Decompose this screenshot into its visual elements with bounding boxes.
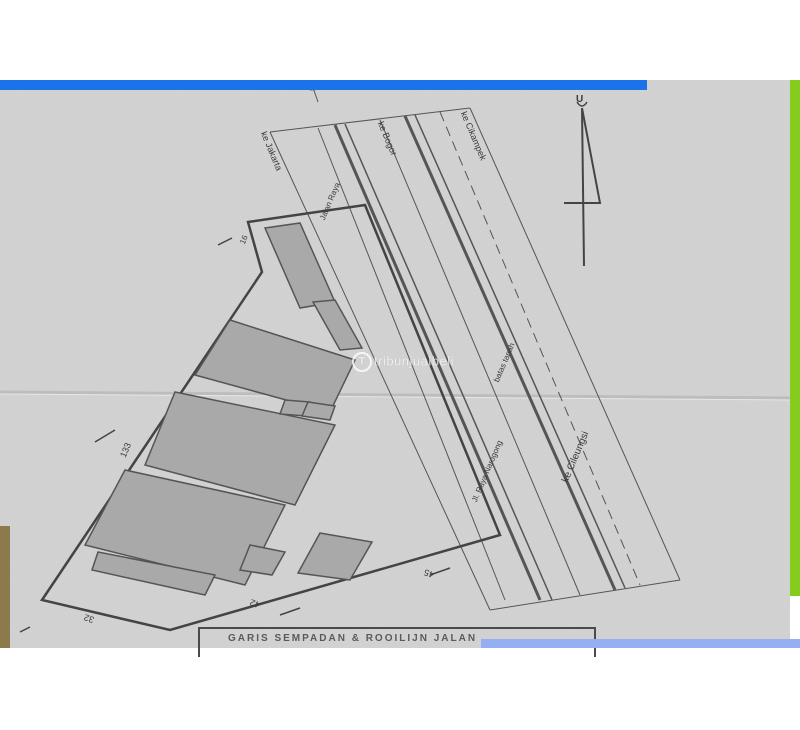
highlight-bar-left [0, 526, 10, 648]
setback-label: GARIS SEMPADAN & ROOILIJN JALAN [228, 633, 477, 644]
watermark-text: tribunjualbeli [374, 353, 454, 368]
north-arrow-label: U [576, 94, 583, 105]
highlight-bar-top [0, 80, 647, 90]
watermark-logo-icon: T [352, 352, 372, 372]
highlight-bar-bottom [481, 639, 800, 648]
watermark: Ttribunjualbeli [352, 352, 454, 372]
highlight-bar-right [790, 80, 800, 596]
